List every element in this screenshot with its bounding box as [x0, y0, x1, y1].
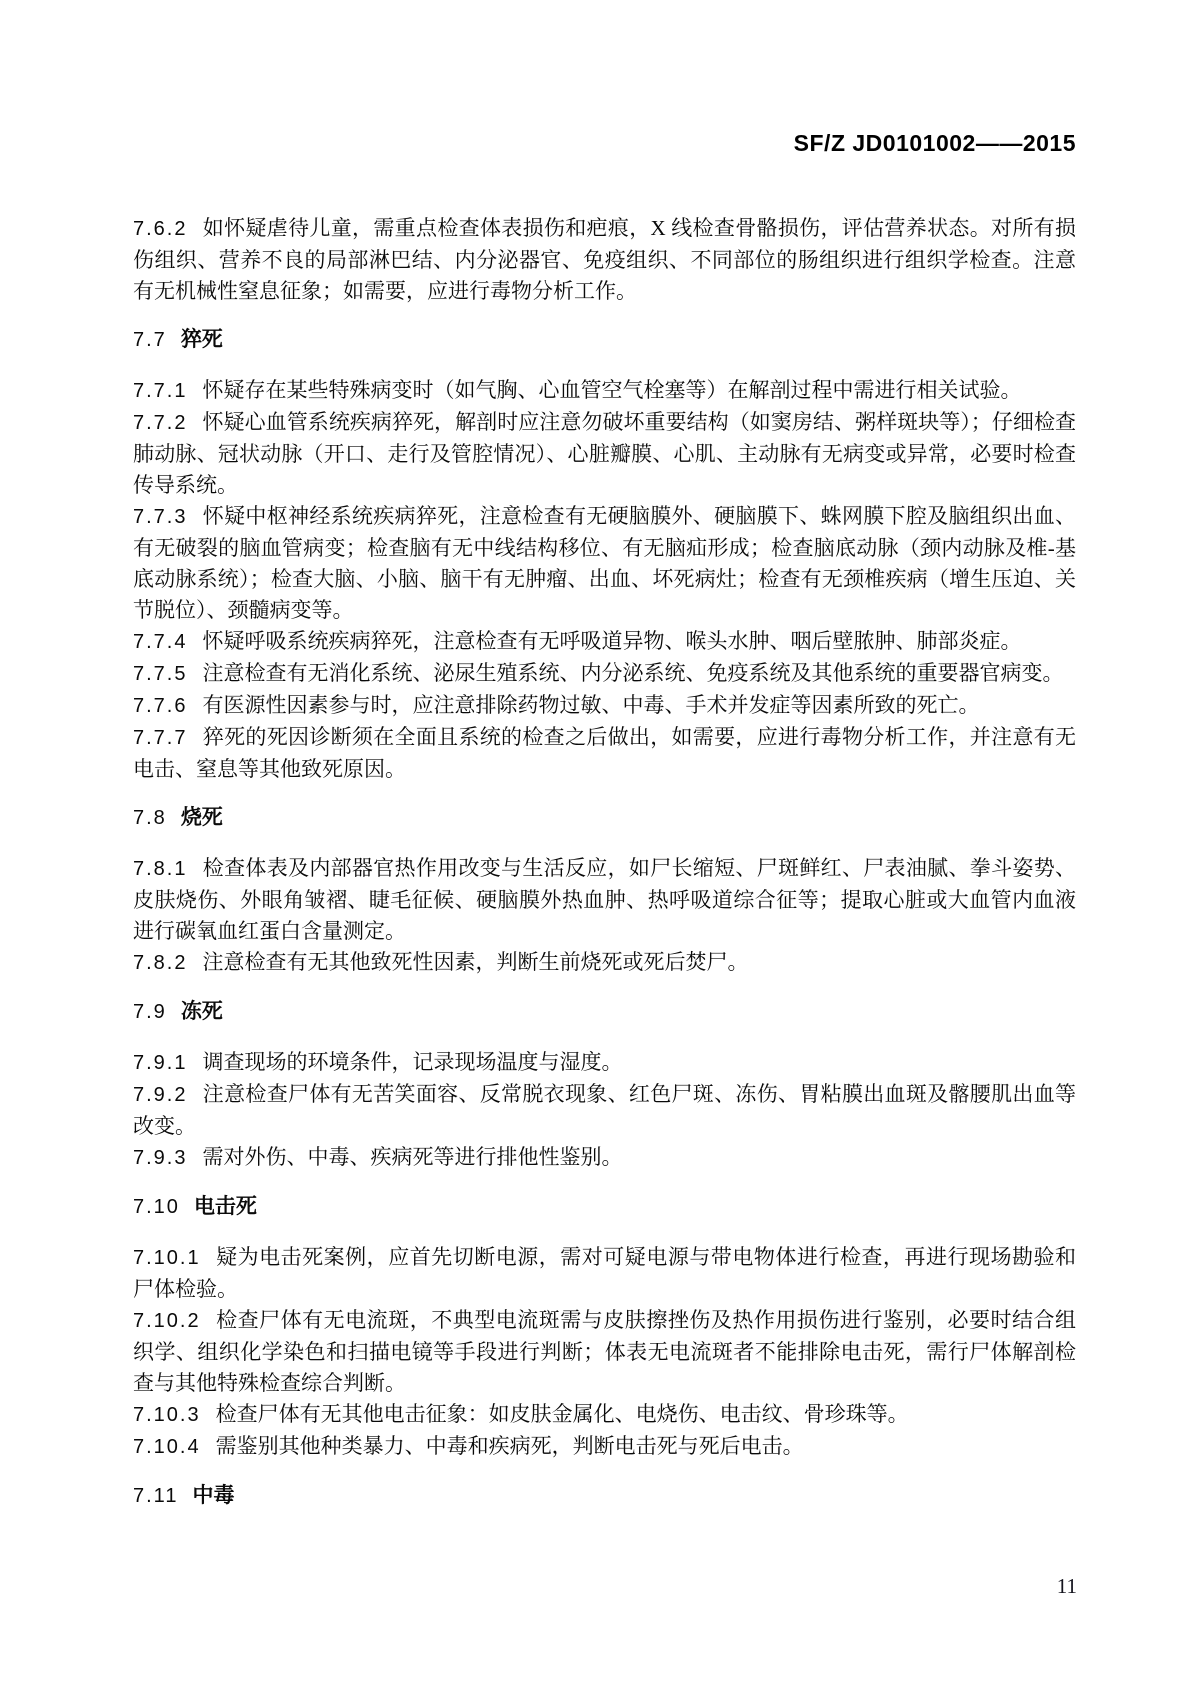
clause-number: 7.9 [133, 1001, 167, 1023]
clause-text: 有医源性因素参与时，应注意排除药物过敏、中毒、手术并发症等因素所致的死亡。 [202, 693, 979, 717]
clause-text: 猝死的死因诊断须在全面且系统的检查之后做出，如需要，应进行毒物分析工作，并注意有… [133, 725, 1076, 781]
section-heading-7-8: 7.8烧死 [133, 802, 1076, 834]
section-title: 中毒 [192, 1484, 234, 1507]
clause-number: 7.7.6 [133, 695, 187, 717]
clause-paragraph-7-10-2: 7.10.2检查尸体有无电流斑，不典型电流斑需与皮肤擦挫伤及热作用损伤进行鉴别，… [133, 1305, 1076, 1399]
clause-number: 7.8 [133, 807, 167, 829]
clause-number: 7.7 [133, 329, 167, 351]
clause-paragraph-7-8-2: 7.8.2注意检查有无其他致死性因素，判断生前烧死或死后焚尸。 [133, 947, 1076, 979]
clause-number: 7.10.1 [133, 1247, 201, 1269]
section-heading-7-9: 7.9冻死 [133, 996, 1076, 1028]
clause-paragraph-7-9-2: 7.9.2注意检查尸体有无苦笑面容、反常脱衣现象、红色尸斑、冻伤、胃粘膜出血斑及… [133, 1079, 1076, 1142]
clause-number: 7.9.3 [133, 1147, 187, 1169]
clause-number: 7.9.2 [133, 1084, 187, 1106]
section-heading-7-7: 7.7猝死 [133, 324, 1076, 356]
clause-number: 7.7.2 [133, 412, 187, 434]
clause-paragraph-7-7-7: 7.7.7猝死的死因诊断须在全面且系统的检查之后做出，如需要，应进行毒物分析工作… [133, 722, 1076, 785]
clause-text: 疑为电击死案例，应首先切断电源，需对可疑电源与带电物体进行检查，再进行现场勘验和… [133, 1245, 1076, 1301]
section-heading-7-10: 7.10电击死 [133, 1191, 1076, 1223]
clause-paragraph-7-10-1: 7.10.1疑为电击死案例，应首先切断电源，需对可疑电源与带电物体进行检查，再进… [133, 1242, 1076, 1305]
section-title: 烧死 [181, 806, 223, 829]
clause-number: 7.7.5 [133, 663, 187, 685]
clause-text: 怀疑存在某些特殊病变时（如气胸、心血管空气栓塞等）在解剖过程中需进行相关试验。 [202, 378, 1021, 402]
clause-number: 7.10.4 [133, 1436, 201, 1458]
clause-number: 7.7.7 [133, 727, 187, 749]
clause-number: 7.10.2 [133, 1310, 201, 1332]
section-title: 冻死 [181, 1000, 223, 1023]
clause-number: 7.11 [133, 1485, 178, 1507]
clause-paragraph-7-10-4: 7.10.4需鉴别其他种类暴力、中毒和疾病死，判断电击死与死后电击。 [133, 1431, 1076, 1463]
section-title: 猝死 [181, 328, 223, 351]
clause-text: 检查体表及内部器官热作用改变与生活反应，如尸长缩短、尸斑鲜红、尸表油腻、拳斗姿势… [133, 856, 1076, 943]
clause-paragraph-7-7-4: 7.7.4怀疑呼吸系统疾病猝死，注意检查有无呼吸道异物、喉头水肿、咽后壁脓肿、肺… [133, 626, 1076, 658]
clause-number: 7.7.4 [133, 631, 187, 653]
clause-text: 调查现场的环境条件，记录现场温度与湿度。 [202, 1050, 622, 1074]
clause-number: 7.8.1 [133, 858, 187, 880]
clause-number: 7.8.2 [133, 952, 187, 974]
clause-text: 检查尸体有无其他电击征象：如皮肤金属化、电烧伤、电击纹、骨珍珠等。 [216, 1402, 909, 1426]
clause-paragraph-7-9-3: 7.9.3需对外伤、中毒、疾病死等进行排他性鉴别。 [133, 1142, 1076, 1174]
clause-paragraph-7-7-6: 7.7.6有医源性因素参与时，应注意排除药物过敏、中毒、手术并发症等因素所致的死… [133, 690, 1076, 722]
clause-text: 注意检查尸体有无苦笑面容、反常脱衣现象、红色尸斑、冻伤、胃粘膜出血斑及髂腰肌出血… [133, 1082, 1076, 1138]
clause-text: 需鉴别其他种类暴力、中毒和疾病死，判断电击死与死后电击。 [216, 1434, 804, 1458]
clause-paragraph-7-7-3: 7.7.3怀疑中枢神经系统疾病猝死，注意检查有无硬脑膜外、硬脑膜下、蛛网膜下腔及… [133, 501, 1076, 626]
clause-number: 7.7.1 [133, 380, 187, 402]
page-number: 11 [1057, 1574, 1077, 1599]
document-code-header: SF/Z JD0101002——2015 [133, 130, 1076, 156]
clause-text: 注意检查有无消化系统、泌尿生殖系统、内分泌系统、免疫系统及其他系统的重要器官病变… [202, 661, 1063, 685]
clause-number: 7.9.1 [133, 1052, 187, 1074]
clause-text: 注意检查有无其他致死性因素，判断生前烧死或死后焚尸。 [202, 950, 748, 974]
clause-paragraph-7-6-2: 7.6.2如怀疑虐待儿童，需重点检查体表损伤和疤痕，X 线检查骨骼损伤，评估营养… [133, 213, 1076, 307]
clause-paragraph-7-7-1: 7.7.1怀疑存在某些特殊病变时（如气胸、心血管空气栓塞等）在解剖过程中需进行相… [133, 375, 1076, 407]
clause-paragraph-7-9-1: 7.9.1调查现场的环境条件，记录现场温度与湿度。 [133, 1047, 1076, 1079]
clause-paragraph-7-10-3: 7.10.3检查尸体有无其他电击征象：如皮肤金属化、电烧伤、电击纹、骨珍珠等。 [133, 1399, 1076, 1431]
section-title: 电击死 [194, 1195, 257, 1218]
clause-text: 如怀疑虐待儿童，需重点检查体表损伤和疤痕，X 线检查骨骼损伤，评估营养状态。对所… [133, 216, 1076, 303]
clause-paragraph-7-7-5: 7.7.5注意检查有无消化系统、泌尿生殖系统、内分泌系统、免疫系统及其他系统的重… [133, 658, 1076, 690]
clause-text: 需对外伤、中毒、疾病死等进行排他性鉴别。 [202, 1145, 622, 1169]
clause-paragraph-7-8-1: 7.8.1检查体表及内部器官热作用改变与生活反应，如尸长缩短、尸斑鲜红、尸表油腻… [133, 853, 1076, 947]
clause-paragraph-7-7-2: 7.7.2怀疑心血管系统疾病猝死，解剖时应注意勿破坏重要结构（如窦房结、粥样斑块… [133, 407, 1076, 501]
clause-text: 怀疑心血管系统疾病猝死，解剖时应注意勿破坏重要结构（如窦房结、粥样斑块等）；仔细… [133, 410, 1076, 497]
clause-number: 7.10 [133, 1196, 180, 1218]
clause-number: 7.7.3 [133, 506, 187, 528]
page-content: SF/Z JD0101002——2015 7.6.2如怀疑虐待儿童，需重点检查体… [133, 130, 1076, 1531]
clause-number: 7.10.3 [133, 1404, 201, 1426]
document-page: SF/Z JD0101002——2015 7.6.2如怀疑虐待儿童，需重点检查体… [0, 0, 1190, 1683]
clause-text: 检查尸体有无电流斑，不典型电流斑需与皮肤擦挫伤及热作用损伤进行鉴别，必要时结合组… [133, 1308, 1076, 1395]
section-heading-7-11: 7.11中毒 [133, 1480, 1076, 1512]
clause-number: 7.6.2 [133, 218, 187, 240]
clause-text: 怀疑呼吸系统疾病猝死，注意检查有无呼吸道异物、喉头水肿、咽后壁脓肿、肺部炎症。 [202, 629, 1021, 653]
clause-text: 怀疑中枢神经系统疾病猝死，注意检查有无硬脑膜外、硬脑膜下、蛛网膜下腔及脑组织出血… [133, 504, 1076, 622]
